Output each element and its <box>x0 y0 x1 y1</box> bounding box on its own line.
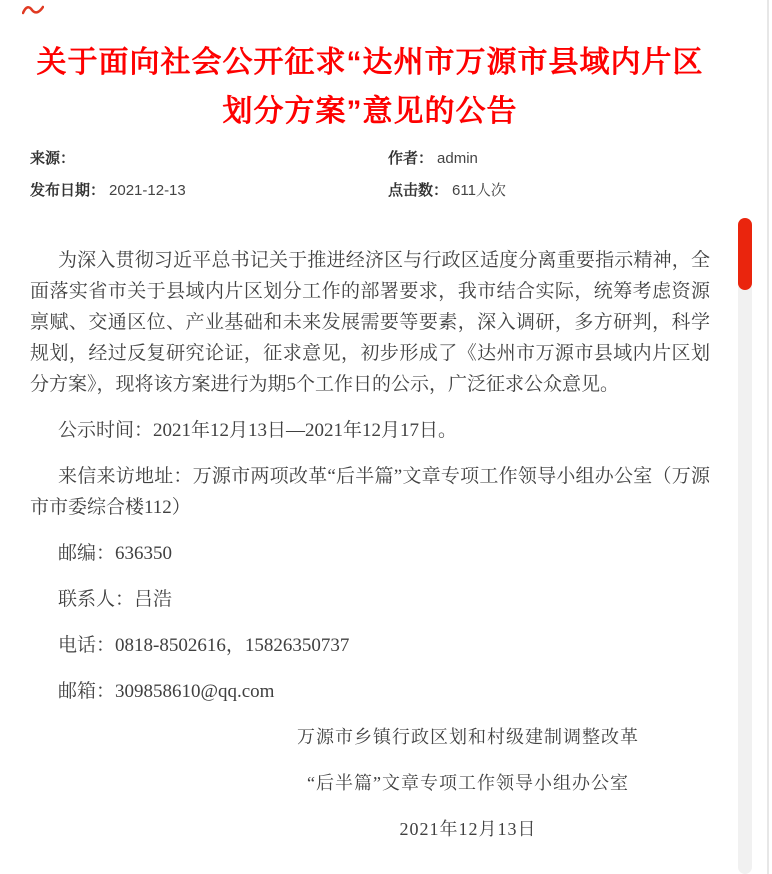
body-paragraph-contact: 联系人：吕浩 <box>30 584 710 615</box>
author-label: 作者： <box>388 150 433 167</box>
meta-publish-date: 发布日期：2021-12-13 <box>30 180 388 202</box>
publish-date-label: 发布日期： <box>30 182 105 199</box>
publish-date-value: 2021-12-13 <box>109 182 186 199</box>
body-paragraph-period: 公示时间：2021年12月13日—2021年12月17日。 <box>30 415 710 446</box>
article-body: 为深入贯彻习近平总书记关于推进经济区与行政区适度分离重要指示精神，全面落实省市关… <box>30 202 710 707</box>
article: 关于面向社会公开征求“达州市万源市县域内片区划分方案”意见的公告 来源： 作者：… <box>0 38 740 845</box>
page-title: 关于面向社会公开征求“达州市万源市县域内片区划分方案”意见的公告 <box>30 38 710 136</box>
body-paragraph-email: 邮箱：309858610@qq.com <box>30 676 710 707</box>
corner-scribble-mark <box>22 4 44 16</box>
hits-value: 611人次 <box>452 182 506 199</box>
page-right-border <box>767 0 769 874</box>
signature-block: 万源市乡镇行政区划和村级建制调整改革 “后半篇”文章专项工作领导小组办公室 20… <box>268 722 668 845</box>
scrollbar-thumb[interactable] <box>738 218 752 290</box>
meta-author: 作者：admin <box>388 148 710 170</box>
meta-info: 来源： 作者：admin 发布日期：2021-12-13 点击数：611人次 <box>30 148 710 202</box>
announcement-page: 关于面向社会公开征求“达州市万源市县域内片区划分方案”意见的公告 来源： 作者：… <box>0 0 772 874</box>
signature-office-line2: “后半篇”文章专项工作领导小组办公室 <box>268 768 668 799</box>
hits-label: 点击数： <box>388 182 448 199</box>
body-paragraph-phone: 电话：0818-8502616，15826350737 <box>30 630 710 661</box>
author-value: admin <box>437 150 478 167</box>
meta-hits: 点击数：611人次 <box>388 180 710 202</box>
body-paragraph-intro: 为深入贯彻习近平总书记关于推进经济区与行政区适度分离重要指示精神，全面落实省市关… <box>30 245 710 400</box>
meta-source: 来源： <box>30 148 388 170</box>
source-label: 来源： <box>30 150 75 167</box>
signature-office-line1: 万源市乡镇行政区划和村级建制调整改革 <box>268 722 668 753</box>
scrollbar-track[interactable] <box>738 218 752 874</box>
signature-date: 2021年12月13日 <box>268 814 668 845</box>
body-paragraph-address: 来信来访地址：万源市两项改革“后半篇”文章专项工作领导小组办公室（万源市市委综合… <box>30 461 710 523</box>
body-paragraph-postcode: 邮编：636350 <box>30 538 710 569</box>
